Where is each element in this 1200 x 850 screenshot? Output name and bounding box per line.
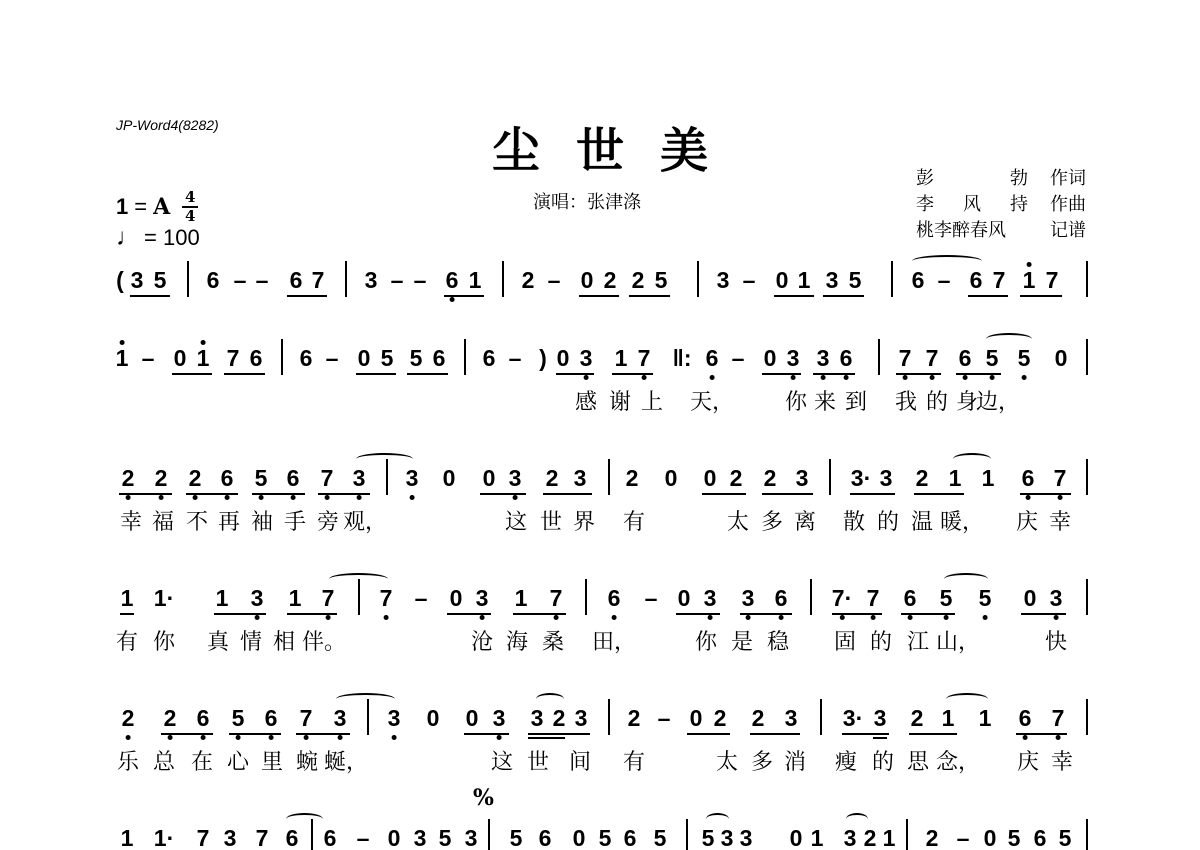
note: 7 [227, 345, 240, 371]
lyric: 身 [956, 385, 978, 416]
note: 0 [776, 267, 789, 293]
lyric: 乐 [117, 745, 139, 776]
lyric: 手 [284, 505, 306, 536]
parenthesis: ( [116, 267, 124, 293]
note: 6 [446, 267, 459, 293]
octave-down-dot [871, 615, 876, 620]
note: 3 [874, 705, 887, 731]
beam-underline [842, 733, 889, 735]
lyric: 快 [1045, 625, 1067, 656]
slur-tie [944, 573, 988, 585]
lyric: 里 [261, 745, 283, 776]
lyric: 心 [227, 745, 249, 776]
octave-down-dot [990, 375, 995, 380]
note: 3 [717, 267, 730, 293]
note: 0 [704, 465, 717, 491]
note: 7 [926, 345, 939, 371]
note: 6 [250, 345, 263, 371]
beam-underline [579, 295, 619, 297]
note: 6 [904, 585, 917, 611]
note: 3 [414, 825, 427, 850]
composer-name: 持 [1010, 192, 1028, 218]
beam-underline [444, 295, 484, 297]
note: 6 [197, 705, 210, 731]
lyric: 有 [116, 625, 138, 656]
note: 5 [655, 267, 668, 293]
note: 6 [624, 825, 637, 850]
octave-up-dot [201, 340, 206, 345]
octave-down-dot [1022, 375, 1027, 380]
note: 2 [522, 267, 535, 293]
slur-tie [953, 453, 991, 465]
time-signature: 4 4 [182, 190, 198, 224]
title-char: 尘 [492, 112, 540, 181]
note: 1 [515, 585, 528, 611]
beam-underline [774, 295, 814, 297]
barline [608, 459, 610, 495]
dash-sustain: – [391, 267, 404, 293]
lyric: 谢 [609, 385, 631, 416]
lyric: 多 [751, 745, 773, 776]
lyric: 你 [695, 625, 717, 656]
note: 6 [959, 345, 972, 371]
octave-down-dot [259, 495, 264, 500]
lyric: 界 [573, 505, 595, 536]
note: 3· [843, 705, 863, 731]
note: 3 [704, 585, 717, 611]
note: 2 [164, 705, 177, 731]
dash-sustain: – [234, 267, 247, 293]
beam-underline [762, 493, 813, 495]
note: 6 [207, 267, 220, 293]
lyric: 念， [936, 745, 980, 776]
beam-underline [968, 295, 1008, 297]
lyric: 蜒， [324, 745, 368, 776]
octave-down-dot [159, 495, 164, 500]
slur-tie [706, 813, 729, 825]
note: 3 [365, 267, 378, 293]
note: 3 [844, 825, 857, 850]
note: 6 [300, 345, 313, 371]
octave-down-dot [326, 615, 331, 620]
time-bottom: 4 [185, 209, 195, 224]
note: 3 [465, 825, 478, 850]
beam-underline [914, 493, 964, 495]
note: 6 [286, 825, 299, 850]
octave-down-dot [291, 495, 296, 500]
note: 7 [1046, 267, 1059, 293]
note: 3 [131, 267, 144, 293]
dash-sustain: – [732, 345, 745, 371]
octave-up-dot [120, 340, 125, 345]
note: 0 [427, 705, 440, 731]
tempo-marking: ♩ = 100 [116, 224, 200, 252]
note: 5 [654, 825, 667, 850]
transcriber-credit: 桃李醉春风 记谱 [916, 218, 1086, 244]
lyric: 观， [343, 505, 387, 536]
repeat-start: ‖: [672, 345, 691, 371]
note: 3 [721, 825, 734, 850]
note: 6 [221, 465, 234, 491]
tempo-value: 100 [163, 225, 200, 251]
octave-down-dot [225, 495, 230, 500]
note: 5 [255, 465, 268, 491]
dash-sustain: – [548, 267, 561, 293]
composer-name: 风 [963, 192, 981, 218]
note: 6 [287, 465, 300, 491]
note: 5 [1018, 345, 1031, 371]
octave-down-dot [513, 495, 518, 500]
beam-underline [464, 733, 509, 735]
barline [686, 819, 688, 850]
note: 0 [450, 585, 463, 611]
barline [1086, 699, 1088, 735]
lyric: 离 [794, 505, 816, 536]
lyric: 上 [641, 385, 663, 416]
octave-down-dot [944, 615, 949, 620]
time-top: 4 [185, 190, 195, 205]
slur-tie [986, 333, 1032, 345]
lyric: 温 [911, 505, 933, 536]
credit-role: 作曲 [1050, 192, 1086, 218]
slur-tie [846, 813, 868, 825]
lyric: 思 [907, 745, 929, 776]
note: 3 [580, 345, 593, 371]
beam-underline [229, 733, 281, 735]
octave-down-dot [357, 495, 362, 500]
note: 3 [785, 705, 798, 731]
barline [345, 261, 347, 297]
note: 0 [174, 345, 187, 371]
octave-down-dot [746, 615, 751, 620]
note: 5 [986, 345, 999, 371]
note: 3 [353, 465, 366, 491]
note: 2 [626, 465, 639, 491]
beam-underline [1020, 295, 1062, 297]
lyric: 消 [784, 745, 806, 776]
note: 1 [1023, 267, 1036, 293]
beam-underline-secondary [528, 737, 565, 739]
lyric: 天， [690, 385, 734, 416]
barline [1086, 339, 1088, 375]
beam-underline [1016, 733, 1067, 735]
barline [488, 819, 490, 850]
note: 5 [1059, 825, 1072, 850]
lyric: 稳 [767, 625, 789, 656]
beam-underline [296, 733, 350, 735]
beam-underline [813, 373, 855, 375]
lyric: 沧 [471, 625, 493, 656]
lyric: 世 [540, 505, 562, 536]
note: 1 [949, 465, 962, 491]
composer-name: 李 [916, 192, 934, 218]
beam-underline [172, 373, 212, 375]
lyric: 我 [895, 385, 917, 416]
note: 6 [1022, 465, 1035, 491]
lyric: 多 [761, 505, 783, 536]
octave-down-dot [779, 615, 784, 620]
beam-underline [224, 373, 265, 375]
beam-underline [186, 493, 238, 495]
octave-down-dot [908, 615, 913, 620]
beam-underline [676, 613, 720, 615]
note: 0 [388, 825, 401, 850]
octave-down-dot [821, 375, 826, 380]
note: 7 [638, 345, 651, 371]
note: 2 [122, 465, 135, 491]
note: 3 [509, 465, 522, 491]
segno-icon: % [473, 785, 494, 811]
lyric: 间 [569, 745, 591, 776]
octave-down-dot [983, 615, 988, 620]
note: 2 [122, 705, 135, 731]
lyric: 总 [153, 745, 175, 776]
note: 1 [121, 825, 134, 850]
lyric: 山， [936, 625, 980, 656]
beam-underline [823, 295, 864, 297]
beam-underline [528, 733, 590, 735]
note: 3 [388, 705, 401, 731]
octave-down-dot [384, 615, 389, 620]
barline [1086, 579, 1088, 615]
lyric: 你 [785, 385, 807, 416]
dash-sustain: – [256, 267, 269, 293]
title-char: 世 [576, 112, 624, 181]
note: 7 [321, 465, 334, 491]
lyricist-name: 勃 [1010, 166, 1028, 192]
note: 1 [883, 825, 896, 850]
lyric: 来 [814, 385, 836, 416]
note: 7 [312, 267, 325, 293]
octave-down-dot [840, 615, 845, 620]
barline [697, 261, 699, 297]
barline [820, 699, 822, 735]
note: 7· [832, 585, 852, 611]
note: 6 [1019, 705, 1032, 731]
beam-underline [1020, 493, 1071, 495]
key-degree: 1 [116, 194, 128, 220]
lyric: 再 [218, 505, 240, 536]
octave-down-dot [338, 735, 343, 740]
octave-down-dot [255, 615, 260, 620]
note: 0 [466, 705, 479, 731]
octave-up-dot [1027, 262, 1032, 267]
beam-underline [287, 295, 327, 297]
quarter-note-icon: ♩ [116, 224, 140, 252]
octave-down-dot [612, 615, 617, 620]
lyric: 在 [191, 745, 213, 776]
beam-underline-secondary [873, 737, 887, 739]
parenthesis: ) [539, 345, 547, 371]
note: 6 [840, 345, 853, 371]
note: 2 [730, 465, 743, 491]
lyric: 感 [575, 385, 597, 416]
credit-role: 作词 [1050, 166, 1086, 192]
barline [891, 261, 893, 297]
octave-down-dot [269, 735, 274, 740]
note: 0 [1024, 585, 1037, 611]
note: 0 [581, 267, 594, 293]
note: 1 [942, 705, 955, 731]
note: 0 [1055, 345, 1068, 371]
note: 3 [817, 345, 830, 371]
note: 1 [289, 585, 302, 611]
lyric: 情 [240, 625, 262, 656]
note: 6 [1034, 825, 1047, 850]
lyric: 固 [834, 625, 856, 656]
octave-down-dot [325, 495, 330, 500]
barline [829, 459, 831, 495]
lyric: 旁 [317, 505, 339, 536]
lyric: 这 [491, 745, 513, 776]
barline [810, 579, 812, 615]
beam-underline [513, 613, 566, 615]
octave-down-dot [392, 735, 397, 740]
note: 3 [531, 705, 544, 731]
octave-down-dot [410, 495, 415, 500]
barline [281, 339, 283, 375]
octave-down-dot [1054, 615, 1059, 620]
lyric: 有 [623, 505, 645, 536]
beam-underline [687, 733, 730, 735]
octave-down-dot [710, 375, 715, 380]
note: 7 [899, 345, 912, 371]
note: 2 [632, 267, 645, 293]
note: 7 [256, 825, 269, 850]
lyric: 世 [527, 745, 549, 776]
beam-underline [750, 733, 800, 735]
note: 2 [916, 465, 929, 491]
octave-down-dot [236, 735, 241, 740]
lyric: 有 [623, 745, 645, 776]
octave-down-dot [642, 375, 647, 380]
beam-underline [287, 613, 337, 615]
dash-sustain: – [326, 345, 339, 371]
lyric: 袖 [251, 505, 273, 536]
lyric: 江 [907, 625, 929, 656]
beam-underline [318, 493, 370, 495]
slur-tie [286, 813, 323, 825]
beam-underline [356, 373, 396, 375]
barline [1086, 261, 1088, 297]
note: 2 [628, 705, 641, 731]
octave-down-dot [963, 375, 968, 380]
note: 6 [912, 267, 925, 293]
lyric: 真 [207, 625, 229, 656]
lyric: 太 [727, 505, 749, 536]
octave-down-dot [497, 735, 502, 740]
octave-down-dot [126, 495, 131, 500]
beam-underline [407, 373, 448, 375]
dash-sustain: – [415, 585, 428, 611]
note: 5 [979, 585, 992, 611]
beam-underline [629, 295, 670, 297]
beam-underline [901, 613, 955, 615]
note: 6 [775, 585, 788, 611]
beam-underline [832, 613, 882, 615]
barline [608, 699, 610, 735]
beam-underline [252, 493, 305, 495]
octave-down-dot [791, 375, 796, 380]
note: 3 [787, 345, 800, 371]
note: 1 [116, 345, 129, 371]
note: 1 [216, 585, 229, 611]
barline [502, 261, 504, 297]
note: 7 [1054, 465, 1067, 491]
note: 7 [380, 585, 393, 611]
note: 5 [940, 585, 953, 611]
note: 6 [608, 585, 621, 611]
beam-underline [480, 493, 526, 495]
note: 0 [483, 465, 496, 491]
lyric: 桑 [542, 625, 564, 656]
slur-tie [536, 693, 564, 705]
note: 5 [702, 825, 715, 850]
note: 2 [604, 267, 617, 293]
dash-sustain: – [357, 825, 370, 850]
note: 0 [443, 465, 456, 491]
lyric: 不 [186, 505, 208, 536]
lyric: 庆 [1016, 505, 1038, 536]
lyricist-credit: 彭勃 作词 [916, 166, 1086, 192]
note: 5 [849, 267, 862, 293]
note: 3 [1050, 585, 1063, 611]
lyric: 幸 [120, 505, 142, 536]
lyric: 海 [506, 625, 528, 656]
barline [1086, 459, 1088, 495]
note: 3 [493, 705, 506, 731]
dash-sustain: – [142, 345, 155, 371]
note: 7 [867, 585, 880, 611]
note: 6 [706, 345, 719, 371]
note: 7 [197, 825, 210, 850]
octave-down-dot [584, 375, 589, 380]
note: 3 [740, 825, 753, 850]
dash-sustain: – [414, 267, 427, 293]
lyric: 蜿 [296, 745, 318, 776]
lyric: 的 [872, 745, 894, 776]
note: 0 [764, 345, 777, 371]
note: 5 [510, 825, 523, 850]
note: 0 [678, 585, 691, 611]
slur-tie [946, 693, 988, 705]
beam-underline [909, 733, 957, 735]
lyric: 福 [152, 505, 174, 536]
note: 0 [665, 465, 678, 491]
lyricist-name: 彭 [916, 166, 934, 192]
beam-underline [543, 493, 592, 495]
note: 6 [970, 267, 983, 293]
key-signature: 1 = A 4 4 [116, 190, 198, 224]
octave-down-dot [903, 375, 908, 380]
note: 7 [322, 585, 335, 611]
note: 1 [811, 825, 824, 850]
beam-underline [556, 373, 594, 375]
lyric: 到 [845, 385, 867, 416]
barline [464, 339, 466, 375]
barline [906, 819, 908, 850]
note: 0 [690, 705, 703, 731]
beam-underline [214, 613, 266, 615]
credit-role: 记谱 [1050, 218, 1086, 244]
dash-sustain: – [645, 585, 658, 611]
lyric: 的 [926, 385, 948, 416]
note: 2 [714, 705, 727, 731]
note: 7 [300, 705, 313, 731]
note: 2 [752, 705, 765, 731]
note: 2 [864, 825, 877, 850]
beam-underline [702, 493, 746, 495]
